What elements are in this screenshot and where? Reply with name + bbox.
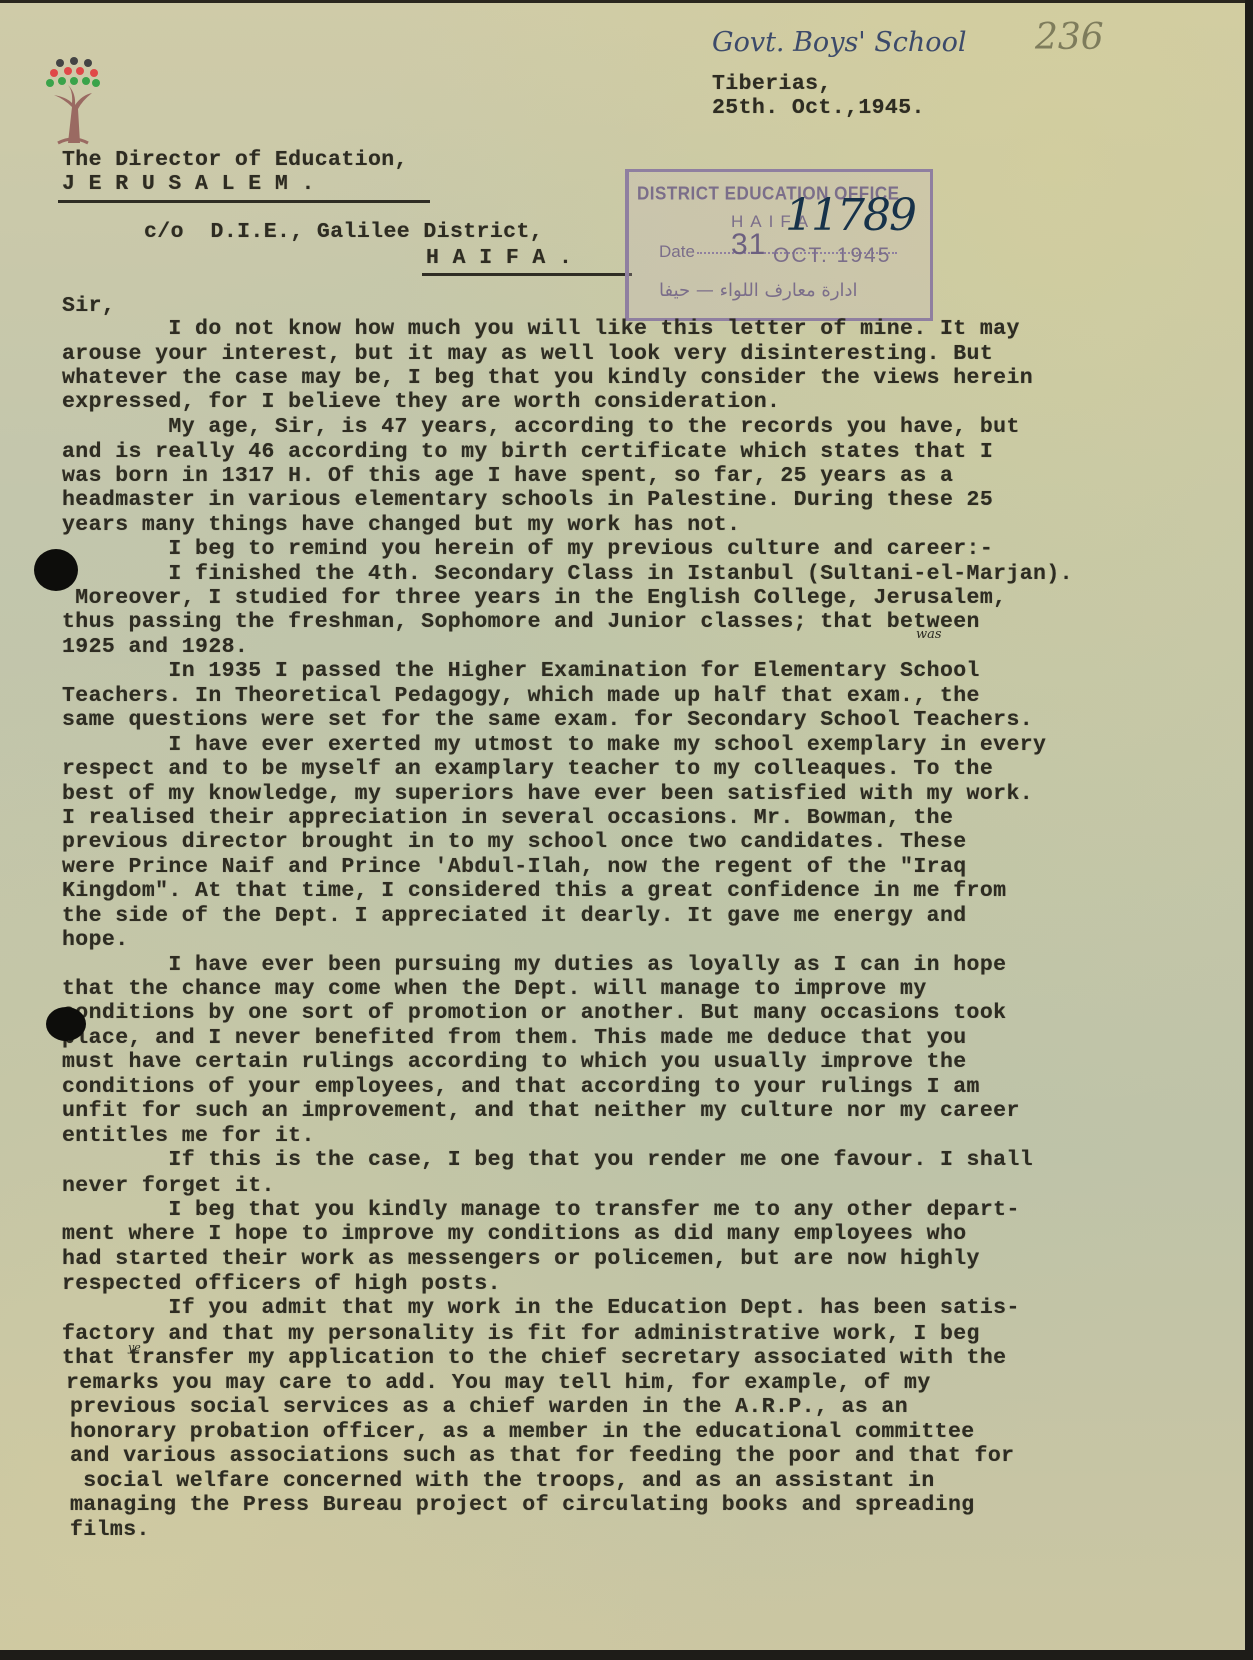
- scan-edge-right: [1245, 0, 1253, 1660]
- body-line: the side of the Dept. I appreciated it d…: [62, 903, 967, 929]
- addressee-city: J E R U S A L E M .: [62, 171, 315, 197]
- body-line: respect and to be myself an examplary te…: [62, 756, 993, 782]
- body-line: social welfare concerned with the troops…: [70, 1468, 935, 1494]
- body-line: honorary probation officer, as a member …: [70, 1419, 975, 1445]
- body-line: Kingdom". At that time, I considered thi…: [62, 878, 1006, 904]
- body-line: I realised their appreciation in several…: [62, 805, 953, 831]
- archive-page-number: 236: [1035, 17, 1104, 58]
- punch-hole-mark: [46, 1007, 86, 1041]
- body-line: was born in 1317 H. Of this age I have s…: [62, 463, 953, 489]
- handwritten-insertion-ye: ye: [128, 1341, 141, 1354]
- received-stamp: DISTRICT EDUCATION OFFICE HAIFA Date 31 …: [625, 169, 933, 321]
- body-line: previous director brought in to my schoo…: [62, 829, 967, 855]
- body-line: never forget it.: [62, 1173, 275, 1199]
- body-line: that transfer my application to the chie…: [62, 1345, 1006, 1371]
- handwritten-insertion-was: was: [916, 627, 942, 642]
- body-line: ment where I hope to improve my conditio…: [62, 1221, 967, 1247]
- body-line: best of my knowledge, my superiors have …: [62, 781, 1033, 807]
- body-line: conditions of your employees, and that a…: [62, 1074, 980, 1100]
- body-line: must have certain rulings according to w…: [62, 1049, 967, 1075]
- body-line: unfit for such an improvement, and that …: [62, 1098, 1020, 1124]
- sender-place: Tiberias,: [712, 71, 832, 97]
- body-line: If you admit that my work in the Educati…: [62, 1295, 1020, 1321]
- body-line: I beg that you kindly manage to transfer…: [62, 1197, 1020, 1223]
- care-of-underline: [422, 273, 632, 276]
- addressee-underline: [58, 200, 430, 203]
- body-line: I beg to remind you herein of my previou…: [62, 536, 993, 562]
- handwritten-school-name: Govt. Boys' School: [712, 27, 966, 58]
- body-line: Moreover, I studied for three years in t…: [62, 585, 1006, 611]
- body-line: managing the Press Bureau project of cir…: [70, 1492, 975, 1518]
- body-line: were Prince Naif and Prince 'Abdul-Ilah,…: [62, 854, 967, 880]
- body-line: 1925 and 1928.: [62, 634, 248, 660]
- archive-tree-logo-icon: [38, 55, 108, 147]
- body-line: films.: [70, 1517, 150, 1543]
- body-line: conditions by one sort of promotion or a…: [62, 1000, 1006, 1026]
- body-line: respected officers of high posts.: [62, 1271, 501, 1297]
- body-line: arouse your interest, but it may as well…: [62, 341, 993, 367]
- scan-edge-bottom: [0, 1650, 1253, 1660]
- body-line: hope.: [62, 927, 129, 953]
- punch-hole-mark: [34, 549, 78, 591]
- body-line: thus passing the freshman, Sophomore and…: [62, 609, 980, 635]
- stamp-date-month: OCT. 1945: [773, 244, 891, 268]
- stamp-date-day: 31: [731, 228, 766, 262]
- body-line: headmaster in various elementary schools…: [62, 487, 993, 513]
- stamp-reference-number: 11789: [785, 190, 915, 241]
- body-line: I finished the 4th. Secondary Class in I…: [62, 561, 1073, 587]
- body-line: entitles me for it.: [62, 1123, 315, 1149]
- body-line: remarks you may care to add. You may tel…: [66, 1370, 931, 1396]
- body-line: I do not know how much you will like thi…: [62, 316, 1020, 342]
- care-of-line: c/o D.I.E., Galilee District,: [144, 219, 543, 245]
- stamp-arabic-text: ادارة معارف اللواء — حيفا: [659, 280, 858, 301]
- body-line: In 1935 I passed the Higher Examination …: [62, 658, 980, 684]
- body-line: expressed, for I believe they are worth …: [62, 389, 780, 415]
- body-line: that the chance may come when the Dept. …: [62, 976, 927, 1002]
- body-line: previous social services as a chief ward…: [70, 1394, 908, 1420]
- body-line: had started their work as messengers or …: [62, 1246, 980, 1272]
- body-line: I have ever been pursuing my duties as l…: [62, 952, 1006, 978]
- care-of-city: H A I F A .: [426, 245, 572, 271]
- letter-date: 25th. Oct.,1945.: [712, 95, 925, 121]
- body-line: whatever the case may be, I beg that you…: [62, 365, 1033, 391]
- letter-page: 236 Govt. Boys' School Tiberias, 25th. O…: [0, 0, 1245, 1655]
- body-line: My age, Sir, is 47 years, according to t…: [62, 414, 1020, 440]
- body-line: If this is the case, I beg that you rend…: [62, 1147, 1033, 1173]
- body-line: and is really 46 according to my birth c…: [62, 439, 993, 465]
- body-line: and various associations such as that fo…: [70, 1443, 1014, 1469]
- body-line: factory and that my personality is fit f…: [62, 1321, 980, 1347]
- body-line: Teachers. In Theoretical Pedagogy, which…: [62, 683, 980, 709]
- stamp-date-label: Date: [659, 242, 695, 262]
- body-line: place, and I never benefited from them. …: [62, 1025, 967, 1051]
- body-line: years many things have changed but my wo…: [62, 512, 740, 538]
- addressee-title: The Director of Education,: [62, 147, 408, 173]
- body-line: same questions were set for the same exa…: [62, 707, 1033, 733]
- body-line: I have ever exerted my utmost to make my…: [62, 732, 1046, 758]
